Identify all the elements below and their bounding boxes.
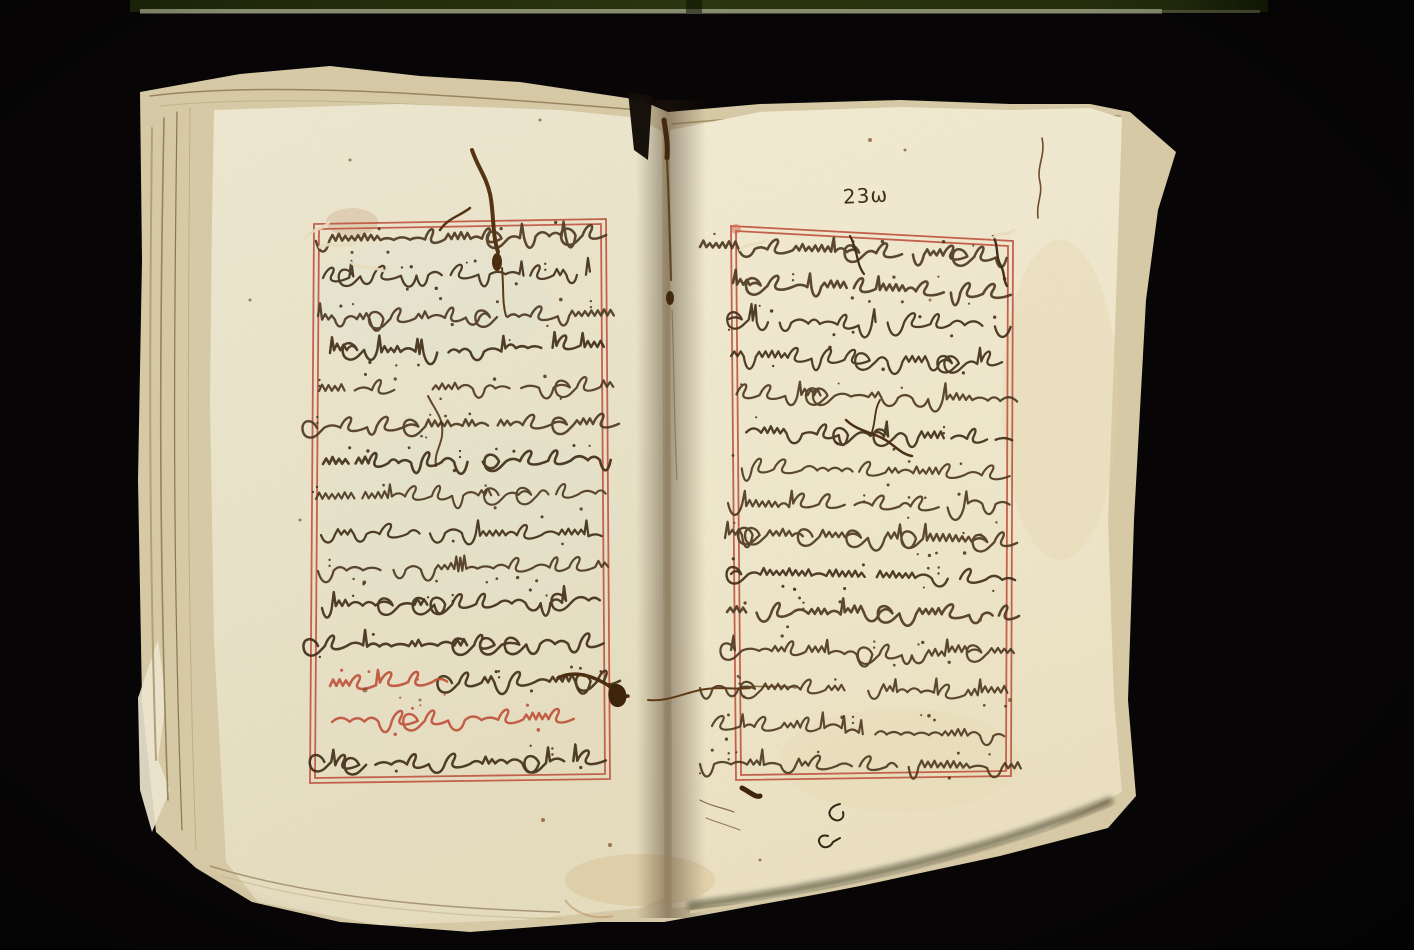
strip-highlight	[140, 9, 1162, 14]
strip-highlight-dim	[1162, 10, 1260, 13]
strip-seam	[686, 0, 702, 13]
book: 23ω	[130, 60, 1190, 940]
paper-grain	[130, 60, 1190, 940]
manuscript-photo: 23ω	[0, 0, 1414, 950]
backdrop-strip	[130, 0, 1268, 14]
